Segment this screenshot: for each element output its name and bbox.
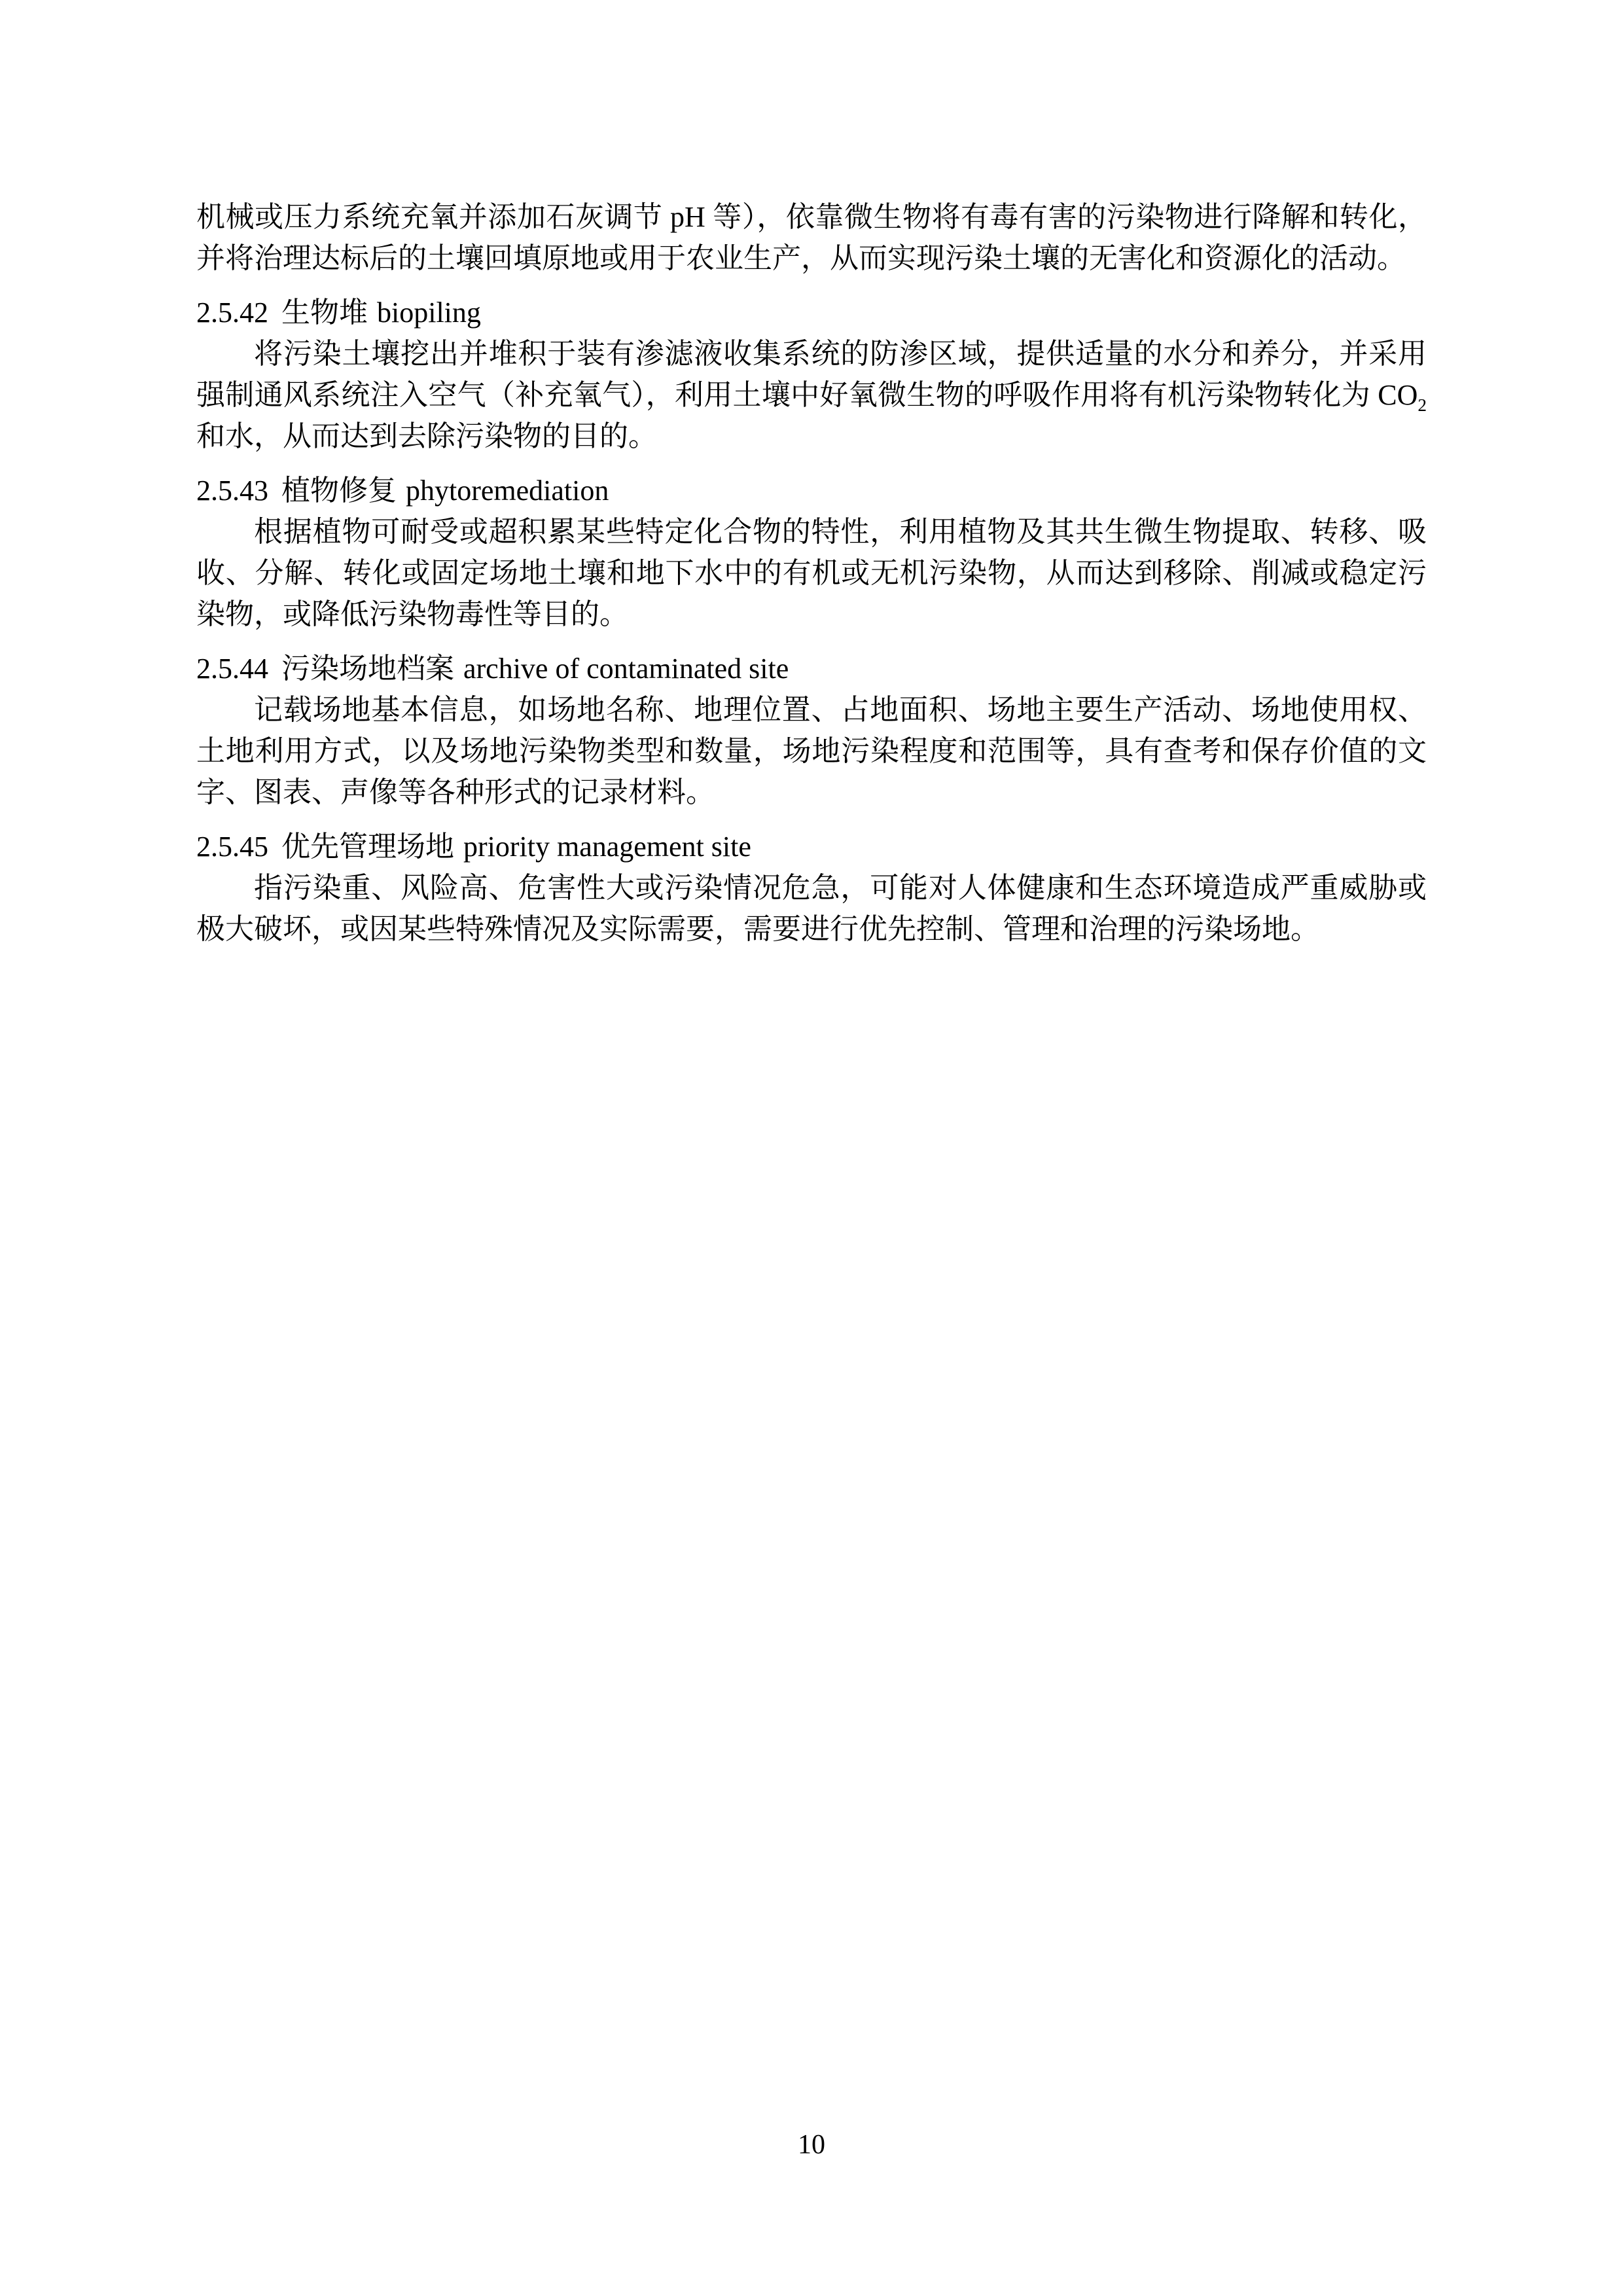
term-name-zh: 污染场地档案 (281, 653, 454, 685)
term-definition: 根据植物可耐受或超积累某些特定化合物的特性，利用植物及其共生微生物提取、转移、吸… (196, 511, 1427, 635)
term-name-zh: 生物堆 (281, 296, 368, 329)
intro-paragraph: 机械或压力系统充氧并添加石灰调节 pH 等），依靠微生物将有毒有害的污染物进行降… (196, 196, 1427, 279)
term-section-2-5-42: 2.5.42生物堆biopiling 将污染土壤挖出并堆积于装有渗滤液收集系统的… (196, 292, 1427, 457)
term-number: 2.5.44 (196, 653, 268, 685)
term-number: 2.5.45 (196, 831, 268, 863)
document-body: 机械或压力系统充氧并添加石灰调节 pH 等），依靠微生物将有毒有害的污染物进行降… (196, 196, 1427, 950)
term-definition: 记载场地基本信息，如场地名称、地理位置、占地面积、场地主要生产活动、场地使用权、… (196, 689, 1427, 813)
term-definition: 指污染重、风险高、危害性大或污染情况危急，可能对人体健康和生态环境造成严重威胁或… (196, 867, 1427, 950)
term-number: 2.5.42 (196, 296, 268, 329)
term-heading: 2.5.42生物堆biopiling (196, 292, 1427, 333)
term-heading: 2.5.44污染场地档案archive of contaminated site (196, 648, 1427, 689)
document-page: 机械或压力系统充氧并添加石灰调节 pH 等），依靠微生物将有毒有害的污染物进行降… (0, 0, 1623, 2296)
term-section-2-5-45: 2.5.45优先管理场地priority management site 指污染… (196, 826, 1427, 950)
term-heading: 2.5.43植物修复phytoremediation (196, 470, 1427, 511)
term-name-en: priority management site (463, 831, 751, 863)
term-name-en: phytoremediation (406, 475, 609, 507)
term-definition: 将污染土壤挖出并堆积于装有渗滤液收集系统的防渗区域，提供适量的水分和养分，并采用… (196, 333, 1427, 457)
term-section-2-5-44: 2.5.44污染场地档案archive of contaminated site… (196, 648, 1427, 813)
page-number: 10 (0, 2129, 1623, 2161)
term-section-2-5-43: 2.5.43植物修复phytoremediation 根据植物可耐受或超积累某些… (196, 470, 1427, 635)
term-name-en: biopiling (377, 296, 481, 329)
term-name-zh: 植物修复 (281, 475, 397, 507)
term-name-zh: 优先管理场地 (281, 831, 454, 863)
term-number: 2.5.43 (196, 475, 268, 507)
term-heading: 2.5.45优先管理场地priority management site (196, 826, 1427, 867)
term-name-en: archive of contaminated site (463, 653, 789, 685)
